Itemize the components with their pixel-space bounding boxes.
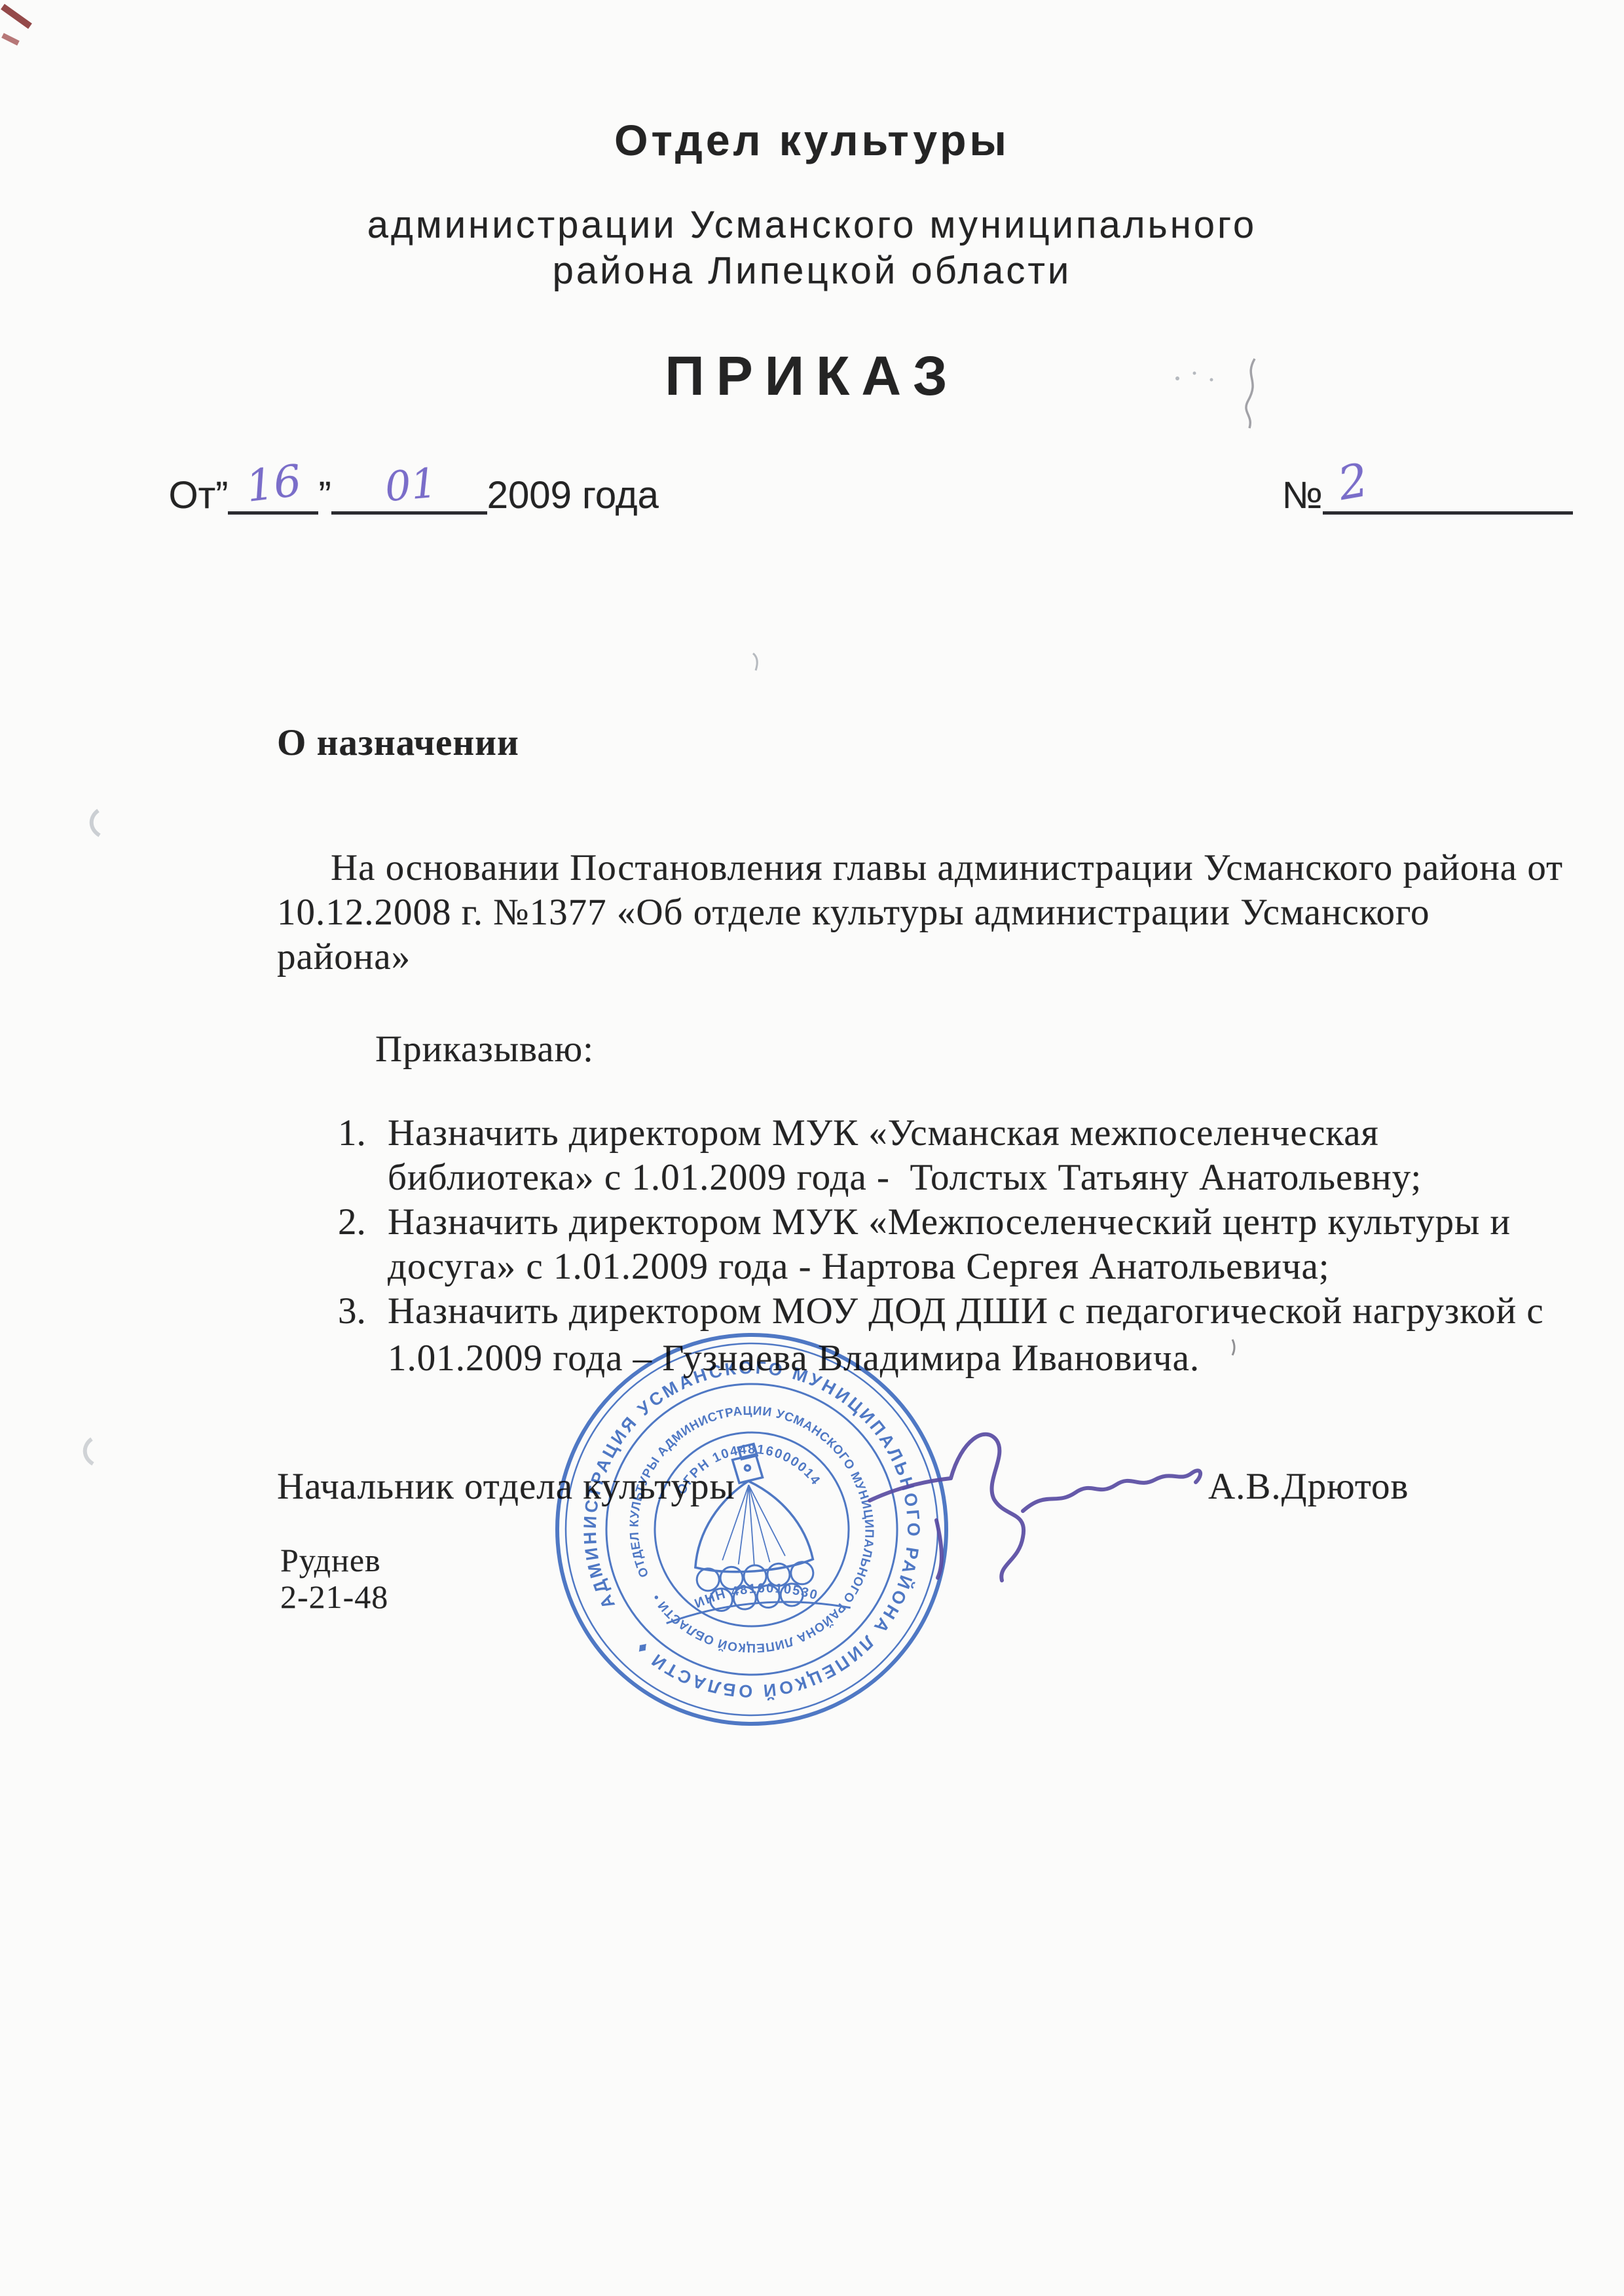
svg-text:АДМИНИСТРАЦИЯ УСМАНСКОГО МУНИЦ: АДМИНИСТРАЦИЯ УСМАНСКОГО МУНИЦИПАЛЬНОГО … [568, 1346, 935, 1713]
list-item-3-line-1: Назначить директором МОУ ДОД ДШИ с педаг… [388, 1291, 1544, 1332]
basis-line-2: 10.12.2008 г. №1377 «Об отделе культуры … [277, 892, 1430, 934]
list-item-3-number: 3. [338, 1291, 366, 1332]
stamp-outer-circle [544, 1322, 959, 1737]
date-row: От”16”012009 года [126, 427, 659, 561]
date-year-suffix: 2009 года [487, 474, 659, 517]
list-item-2-number: 2. [338, 1202, 366, 1243]
handwritten-signature [870, 1434, 1200, 1580]
date-month-blank: 01 [331, 471, 487, 515]
number-blank: 2 [1323, 471, 1573, 515]
date-day-blank: 16 [228, 471, 318, 515]
stamp-outer-ring-text: АДМИНИСТРАЦИЯ УСМАНСКОГО МУНИЦИПАЛЬНОГО … [568, 1346, 935, 1713]
executor-phone: 2-21-48 [280, 1579, 388, 1615]
org-department-title: Отдел культуры [0, 117, 1624, 164]
date-mid-quote: ” [318, 474, 331, 517]
handwritten-number: 2 [1334, 453, 1372, 511]
basis-line-1: На основании Постановления главы админис… [331, 848, 1563, 889]
number-label: № [1282, 474, 1322, 517]
executor-name: Руднев [280, 1542, 381, 1578]
doc-type-title: ПРИКАЗ [0, 346, 1624, 406]
stamp-inn-text: ИНН 4816010530 [692, 1577, 821, 1612]
stamp-outer-inner-circle [553, 1331, 950, 1728]
list-item-2-line-2: досуга» с 1.01.2009 года - Нартова Серге… [388, 1247, 1330, 1288]
signatory-position: Начальник отдела культуры [277, 1467, 735, 1508]
number-row: №2 [1240, 427, 1573, 561]
svg-text:ОТДЕЛ КУЛЬТУРЫ АДМИНИСТРАЦИИ У: ОТДЕЛ КУЛЬТУРЫ АДМИНИСТРАЦИИ УСМАНСКОГО … [619, 1396, 884, 1663]
svg-text:ИНН 4816010530: ИНН 4816010530 [692, 1577, 821, 1612]
date-prefix: От” [168, 474, 228, 517]
list-item-2-line-1: Назначить директором МУК «Межпоселенческ… [388, 1202, 1511, 1243]
order-word: Приказываю: [375, 1029, 594, 1070]
org-administration-line2: района Липецкой области [0, 250, 1624, 292]
list-item-1-line-2: библиотека» с 1.01.2009 года - Толстых Т… [388, 1157, 1422, 1199]
list-item-3-line-2: 1.01.2009 года – Гузнаева Владимира Иван… [388, 1338, 1200, 1379]
handwritten-month: 01 [383, 459, 439, 511]
official-round-stamp: АДМИНИСТРАЦИЯ УСМАНСКОГО МУНИЦИПАЛЬНОГО … [544, 1322, 959, 1737]
signatory-name: А.В.Дрютов [1208, 1467, 1409, 1508]
basis-line-3: района» [277, 937, 411, 978]
stamp-middle-circle [597, 1374, 907, 1685]
list-item-1-line-1: Назначить директором МУК «Усманская межп… [388, 1113, 1379, 1154]
org-administration-line1: администрации Усманского муниципального [0, 204, 1624, 246]
list-item-1-number: 1. [338, 1113, 366, 1154]
subject-title: О назначении [277, 723, 519, 764]
handwritten-day: 16 [244, 455, 304, 512]
stamp-inner-circle [648, 1426, 855, 1633]
document-page: Отдел культуры администрации Усманского … [0, 0, 1624, 2296]
stamp-middle-ring-text: ОТДЕЛ КУЛЬТУРЫ АДМИНИСТРАЦИИ УСМАНСКОГО … [619, 1396, 884, 1663]
